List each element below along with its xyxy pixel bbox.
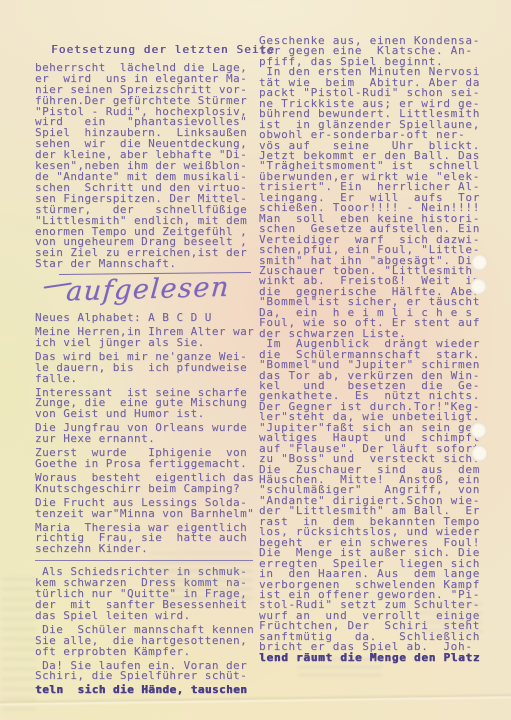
paragraph: Als Schiedsrichter in schmuk-kem schwarz… [35, 567, 255, 622]
text-line: Neues Alphabet: A B C D U [35, 313, 255, 324]
handwritten-note: aufgelesen [42, 272, 257, 312]
paragraph: In den ersten Minuten Nervosität wie bei… [259, 67, 490, 339]
text-line: zur Hexe ernannt. [35, 434, 255, 445]
ink-bleed-smudge [2, 578, 36, 710]
text-line: Schiri, die Spielführer schüt- [35, 671, 255, 682]
text-line: sechzehn Kinder. [35, 544, 255, 555]
text-line: oft erprobten Kämpfer. [35, 647, 255, 658]
paragraph: beherrscht lächelnd die Lage,er wird uns… [35, 63, 255, 270]
right-column-sections: Geschenke aus, einen Kondensa-tor gegen … [259, 36, 490, 663]
paragraph: Das wird bei mir ne'ganze Wei-le dauern,… [35, 352, 255, 385]
text-line: Goethe in Prosa fertiggemacht. [35, 459, 255, 470]
text-line: tenzeit war"Minna von Barnhelm" [35, 509, 255, 520]
paragraph: Neues Alphabet: A B C D U [35, 313, 255, 324]
paragraph: Zuerst wurde Iphigenie vonGoethe in Pros… [35, 448, 255, 470]
paragraph: Interessant ist seine scharfeZunge, die … [35, 388, 255, 421]
punch-hole [471, 445, 488, 462]
text-line: Knutschgeschirr beim Camping? [35, 484, 255, 495]
paragraph: Im Augenblick drängt wiederdie Schülerma… [259, 339, 490, 653]
continuation-header: Foetsetzung der letzten Seite [51, 45, 255, 56]
text-line: von Geist und Humor ist. [35, 409, 255, 420]
punch-hole [470, 422, 487, 439]
left-column-sections: beherrscht lächelnd die Lage,er wird uns… [35, 63, 255, 696]
text-line: falle. [35, 374, 255, 385]
paragraph: Woraus besteht eigentlich dasKnutschgesc… [35, 473, 255, 495]
right-text-column: Geschenke aus, einen Kondensa-tor gegen … [259, 36, 490, 663]
punch-hole [471, 254, 488, 271]
paragraph: Geschenke aus, einen Kondensa-tor gegen … [259, 36, 490, 67]
handwritten-word: aufgelesen [65, 272, 231, 308]
section-divider [35, 560, 253, 561]
paragraph: Die Schüler mannschaft kennenSie alle, d… [35, 625, 255, 658]
scanned-document-page: Foetsetzung der letzten Seite beherrscht… [0, 0, 511, 720]
text-line: das Spiel leiten wird. [35, 611, 255, 622]
text-line: lend räumt die Menge den Platz [259, 653, 490, 663]
paragraph: Die Frucht aus Lessings Solda-tenzeit wa… [35, 498, 255, 520]
paragraph: lend räumt die Menge den Platz [259, 653, 490, 663]
paragraph: teln sich die Hände, tauschen [35, 685, 255, 696]
paragraph: Da! Sie laufen ein. Voran derSchiri, die… [35, 661, 255, 683]
left-text-column: Foetsetzung der letzten Seite beherrscht… [35, 45, 255, 699]
text-line: Star der Mannschaft. [35, 259, 255, 270]
paragraph: Meine Herren,in Ihrem Alter warich viel … [35, 327, 255, 349]
text-line: ich viel jünger als Sie. [35, 338, 255, 349]
text-line: teln sich die Hände, tauschen [35, 685, 255, 696]
paragraph: Maria Theresia war eigentlichrichtig Fra… [35, 523, 255, 556]
paragraph: Die Jungfrau von Orleans wurdezur Hexe e… [35, 423, 255, 445]
punch-hole [470, 278, 487, 295]
